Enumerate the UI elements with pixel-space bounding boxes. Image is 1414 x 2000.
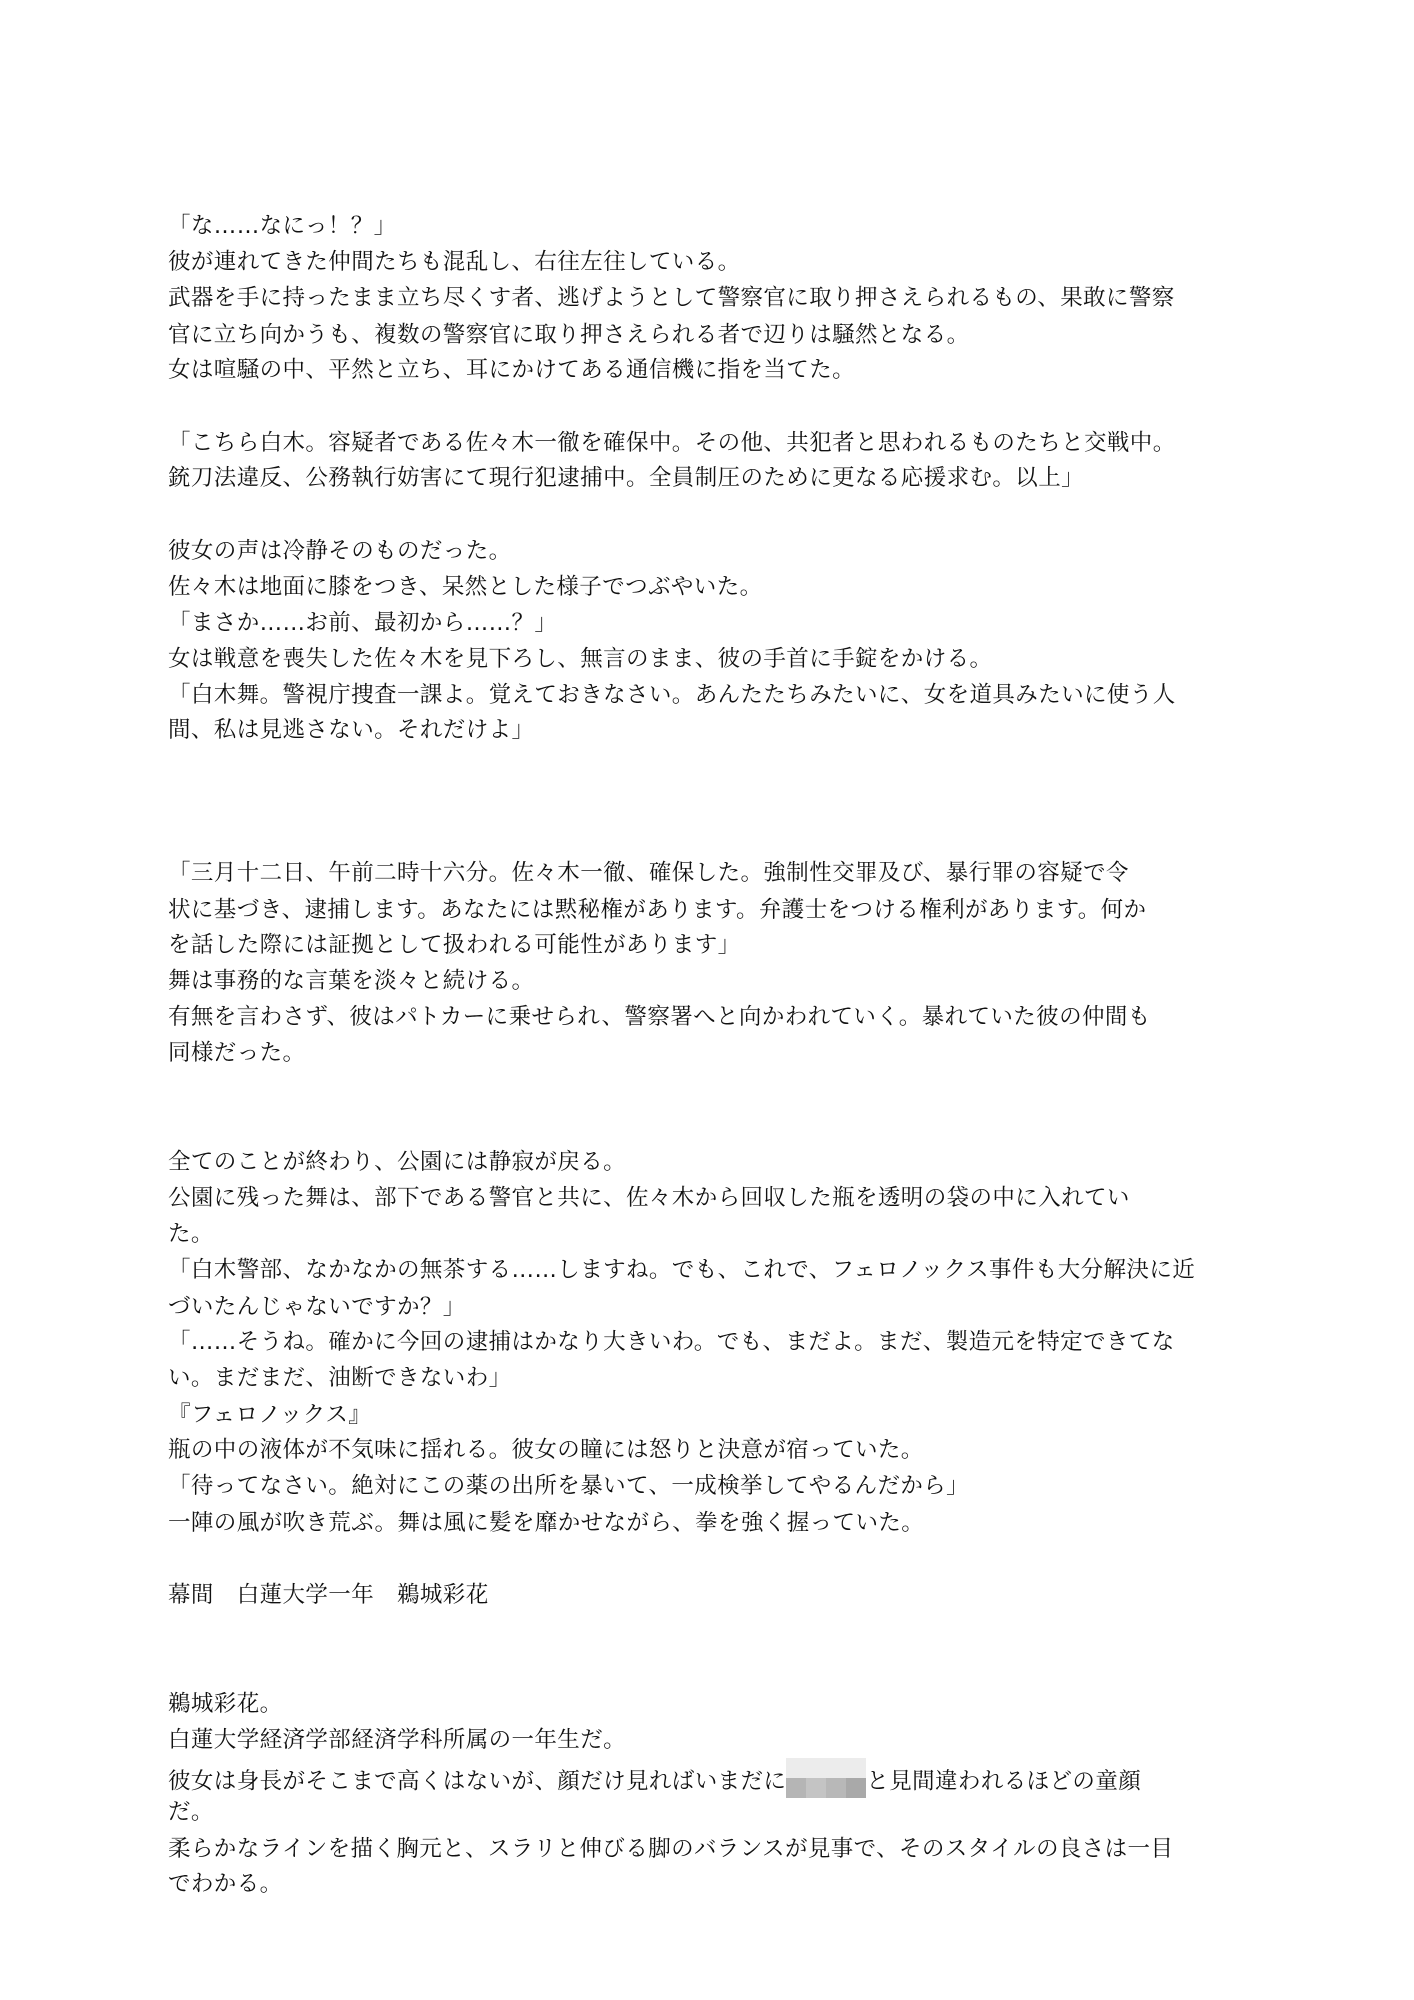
text-line: 「こちら白木。容疑者である佐々木一徹を確保中。その他、共犯者と思われるものたちと… bbox=[168, 429, 1176, 457]
text-line: 「三月十二日、午前二時十六分。佐々木一徹、確保した。強制性交罪及び、暴行罪の容疑… bbox=[168, 859, 1129, 887]
text-line: 佐々木は地面に膝をつき、呆然とした様子でつぶやいた。 bbox=[168, 573, 763, 601]
text-segment: 彼女は身長がそこまで高くはないが、顔だけ見ればいまだに bbox=[168, 1769, 786, 1795]
text-line: 舞は事務的な言葉を淡々と続ける。 bbox=[168, 967, 534, 995]
text-line: 一陣の風が吹き荒ぶ。舞は風に髪を靡かせながら、拳を強く握っていた。 bbox=[168, 1509, 924, 1537]
text-line: 彼女の声は冷静そのものだった。 bbox=[168, 537, 512, 565]
text-line: 「……そうね。確かに今回の逮捕はかなり大きいわ。でも、まだよ。まだ、製造元を特定… bbox=[168, 1328, 1175, 1356]
text-line: 同様だった。 bbox=[168, 1039, 305, 1067]
text-line: 官に立ち向かうも、複数の警察官に取り押さえられる者で辺りは騒然となる。 bbox=[168, 321, 970, 349]
text-line: 「白木舞。警視庁捜査一課よ。覚えておきなさい。あんたたちみたいに、女を道具みたい… bbox=[168, 681, 1176, 709]
text-line: 公園に残った舞は、部下である警官と共に、佐々木から回収した瓶を透明の袋の中に入れ… bbox=[168, 1184, 1130, 1212]
text-line: 全てのことが終わり、公園には静寂が戻る。 bbox=[168, 1148, 626, 1176]
text-line: 女は喧騒の中、平然と立ち、耳にかけてある通信機に指を当てた。 bbox=[168, 356, 855, 384]
text-line: た。 bbox=[168, 1220, 214, 1248]
text-line: 有無を言わさず、彼はパトカーに乗せられ、警察署へと向かわれていく。暴れていた彼の… bbox=[168, 1003, 1151, 1031]
text-line: 「な……なにっ！？」 bbox=[168, 212, 397, 240]
text-line: 「まさか……お前、最初から……？」 bbox=[168, 609, 557, 637]
document-page: 「な……なにっ！？」彼が連れてきた仲間たちも混乱し、右往左往している。武器を手に… bbox=[0, 0, 1414, 2000]
text-line: 「白木警部、なかなかの無茶する……しますね。でも、これで、フェロノックス事件も大… bbox=[168, 1256, 1195, 1284]
text-line: 幕間 白蓮大学一年 鵜城彩花 bbox=[168, 1581, 489, 1609]
redacted-blur-block bbox=[786, 1758, 866, 1798]
text-line: 瓶の中の液体が不気味に揺れる。彼女の瞳には怒りと決意が宿っていた。 bbox=[168, 1436, 924, 1464]
text-line: 武器を手に持ったまま立ち尽くす者、逃げようとして警察官に取り押さえられるもの、果… bbox=[168, 284, 1175, 312]
text-line: 状に基づき、逮捕します。あなたには黙秘権があります。弁護士をつける権利があります… bbox=[168, 896, 1146, 924]
text-line: 『フェロノックス』 bbox=[168, 1401, 371, 1429]
text-line: 間、私は見逃さない。それだけよ」 bbox=[168, 716, 534, 744]
text-line: でわかる。 bbox=[168, 1870, 283, 1898]
text-line: 「待ってなさい。絶対にこの薬の出所を暴いて、一成検挙してやるんだから」 bbox=[168, 1472, 969, 1500]
text-line: づいたんじゃないですか？」 bbox=[168, 1293, 466, 1321]
text-line: 彼が連れてきた仲間たちも混乱し、右往左往している。 bbox=[168, 248, 741, 276]
text-line: い。まだまだ、油断できないわ」 bbox=[168, 1364, 512, 1392]
text-segment: と見間違われるほどの童顔 bbox=[866, 1769, 1141, 1795]
text-line: を話した際には証拠として扱われる可能性があります」 bbox=[168, 931, 741, 959]
text-line: 柔らかなラインを描く胸元と、スラリと伸びる脚のバランスが見事で、そのスタイルの良… bbox=[168, 1835, 1173, 1863]
text-line: 彼女は身長がそこまで高くはないが、顔だけ見ればいまだにと見間違われるほどの童顔 bbox=[168, 1762, 1141, 1802]
text-line: 銃刀法違反、公務執行妨害にて現行犯逮捕中。全員制圧のために更なる応援求む。以上」 bbox=[168, 464, 1084, 492]
text-line: だ。 bbox=[168, 1798, 214, 1826]
text-line: 白蓮大学経済学部経済学科所属の一年生だ。 bbox=[168, 1726, 626, 1754]
text-line: 鵜城彩花。 bbox=[168, 1690, 283, 1718]
text-line: 女は戦意を喪失した佐々木を見下ろし、無言のまま、彼の手首に手錠をかける。 bbox=[168, 645, 992, 673]
